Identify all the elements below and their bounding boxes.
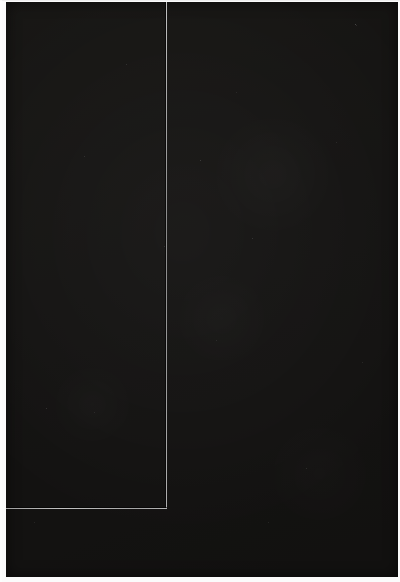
horizontal-line	[6, 508, 167, 509]
field-texture	[6, 2, 398, 577]
photo-background	[0, 0, 400, 582]
black-field	[6, 2, 398, 577]
dust-speckles	[6, 2, 7, 3]
vertical-line	[166, 2, 167, 509]
